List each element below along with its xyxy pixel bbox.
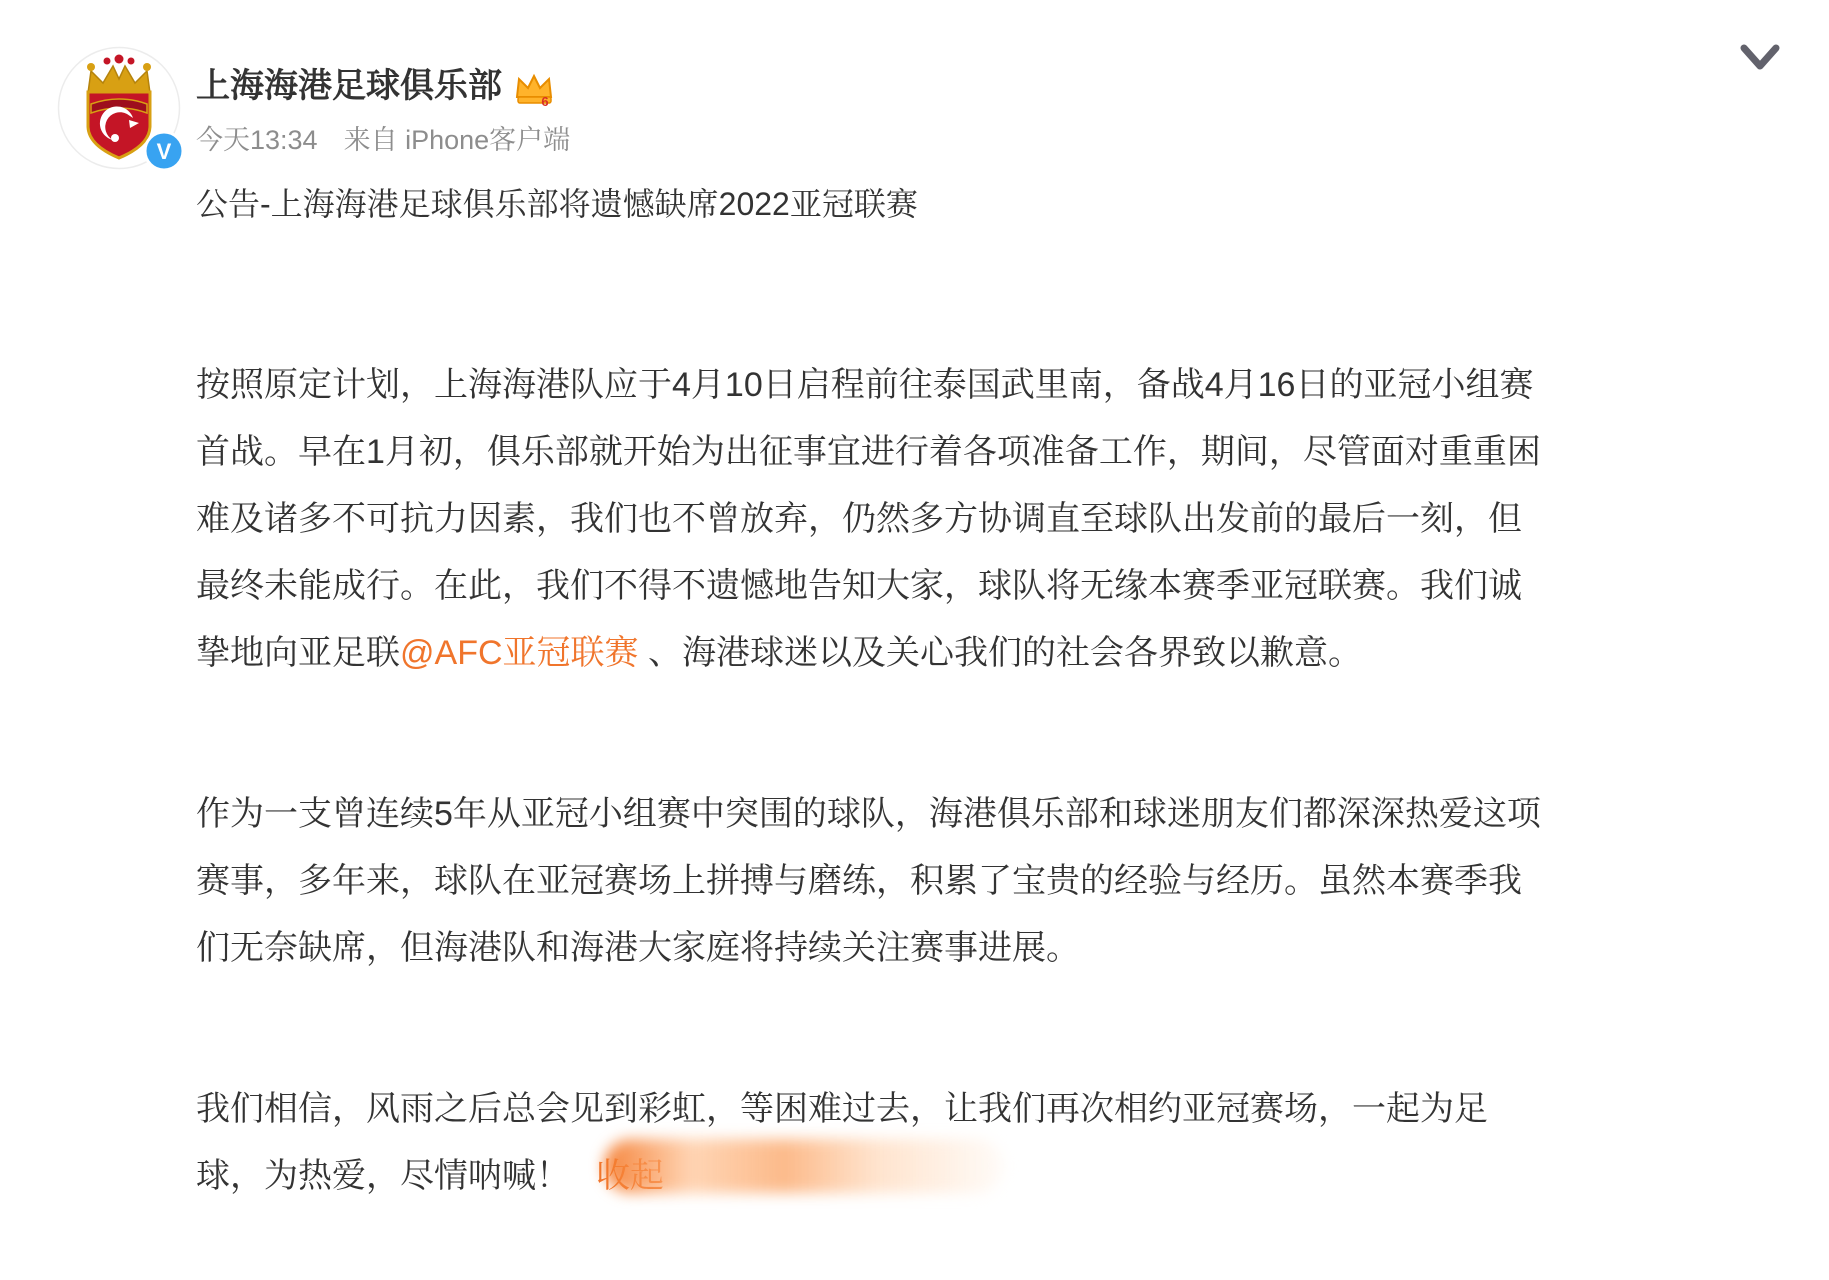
post-source[interactable]: 来自 iPhone客户端	[344, 125, 571, 155]
mention-link[interactable]: @AFC亚冠联赛	[400, 634, 639, 672]
post-header: 上海海港足球俱乐部 6 今天13:34来自 iPhone客户端	[196, 64, 570, 156]
author-name[interactable]: 上海海港足球俱乐部	[196, 64, 502, 108]
paragraph-1-text-after: 、海港球迷以及关心我们的社会各界致以歉意。	[639, 634, 1362, 672]
paragraph-3: 我们相信，风雨之后总会见到彩虹，等困难过去，让我们再次相约亚冠赛场，一起为足球，…	[196, 1076, 1541, 1210]
vip-crown-icon[interactable]: 6	[514, 71, 554, 107]
post-title: 公告-上海海港足球俱乐部将遗憾缺席2022亚冠联赛	[196, 180, 1541, 228]
paragraph-2: 作为一支曾连续5年从亚冠小组赛中突围的球队，海港俱乐部和球迷朋友们都深深热爱这项…	[196, 781, 1541, 982]
vip-level: 6	[541, 94, 548, 107]
post-content: 公告-上海海港足球俱乐部将遗憾缺席2022亚冠联赛 按照原定计划，上海海港队应于…	[196, 180, 1541, 1210]
collapse-button[interactable]: 收起	[596, 1157, 664, 1195]
paragraph-1-text: 按照原定计划，上海海港队应于4月10日启程前往泰国武里南，备战4月16日的亚冠小…	[196, 366, 1541, 672]
avatar[interactable]: V	[57, 46, 181, 170]
post-meta: 今天13:34来自 iPhone客户端	[196, 124, 570, 156]
verified-badge-icon: V	[143, 130, 185, 172]
chevron-down-icon[interactable]	[1736, 40, 1784, 76]
paragraph-1: 按照原定计划，上海海港队应于4月10日启程前往泰国武里南，备战4月16日的亚冠小…	[196, 352, 1541, 687]
weibo-post: V 上海海港足球俱乐部 6 今天13:34来自 iPhone客户端 公告-上海海…	[0, 0, 1829, 1280]
blurred-redaction	[604, 1139, 1004, 1193]
timestamp[interactable]: 今天13:34	[196, 125, 318, 155]
paragraph-3-text: 我们相信，风雨之后总会见到彩虹，等困难过去，让我们再次相约亚冠赛场，一起为足球，…	[196, 1090, 1488, 1195]
svg-text:V: V	[157, 139, 172, 164]
